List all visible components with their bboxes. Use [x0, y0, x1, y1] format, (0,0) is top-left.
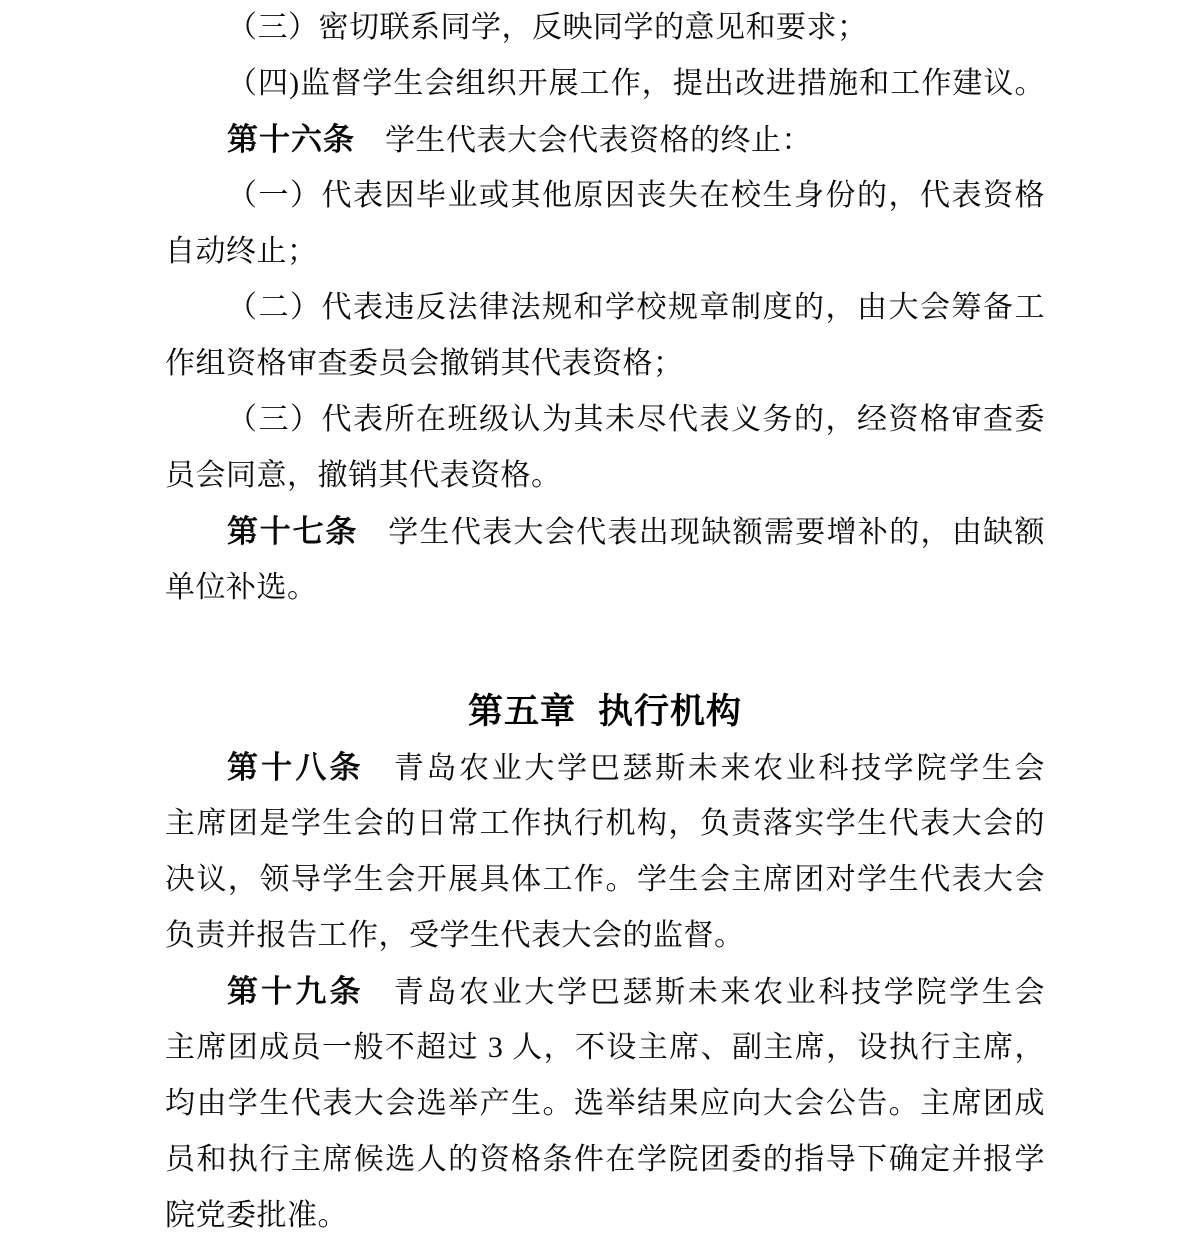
- line-text: 学生代表大会代表资格的终止：: [385, 124, 812, 157]
- line-text: 作组资格审查委员会撤销其代表资格；: [165, 347, 684, 380]
- line-text: 主席团成员一般不超过 3 人，不设主席、副主席，设执行主席，: [165, 1031, 1045, 1064]
- line-text: 均由学生代表大会选举产生。选举结果应向大会公告。主席团成: [165, 1087, 1045, 1120]
- text-line: 院党委批准。: [165, 1188, 1045, 1244]
- line-text: 负责并报告工作，受学生代表大会的监督。: [165, 919, 745, 952]
- document-page: （三）密切联系同学，反映同学的意见和要求；（四)监督学生会组织开展工作，提出改进…: [0, 0, 1190, 1246]
- text-line: （三）代表所在班级认为其未尽代表义务的，经资格审查委: [165, 392, 1045, 448]
- text-line: 决议，领导学生会开展具体工作。学生会主席团对学生代表大会: [165, 852, 1045, 908]
- text-line: 员会同意，撤销其代表资格。: [165, 448, 1045, 504]
- text-line: 负责并报告工作，受学生代表大会的监督。: [165, 908, 1045, 964]
- article-number: 第十九条: [227, 974, 364, 1009]
- line-text: 学生代表大会代表出现缺额需要增补的，由缺额: [388, 516, 1045, 549]
- text-line: 均由学生代表大会选举产生。选举结果应向大会公告。主席团成: [165, 1076, 1045, 1132]
- line-text: 自动终止；: [165, 235, 318, 268]
- line-text: 决议，领导学生会开展具体工作。学生会主席团对学生代表大会: [165, 863, 1045, 896]
- text-line: 员和执行主席候选人的资格条件在学院团委的指导下确定并报学: [165, 1132, 1045, 1188]
- line-text: 青岛农业大学巴瑟斯未来农业科技学院学生会: [394, 976, 1045, 1009]
- line-text: 员会同意，撤销其代表资格。: [165, 459, 562, 492]
- line-text: （二）代表违反法律法规和学校规章制度的，由大会筹备工: [227, 291, 1045, 324]
- text-line: 第十六条学生代表大会代表资格的终止：: [165, 112, 1045, 168]
- line-text: 员和执行主席候选人的资格条件在学院团委的指导下确定并报学: [165, 1143, 1045, 1176]
- chapter-number: 第五章: [468, 692, 576, 731]
- line-text: 单位补选。: [165, 571, 318, 604]
- line-text: （四)监督学生会组织开展工作，提出改进措施和工作建议。: [227, 67, 1045, 100]
- text-line: 单位补选。: [165, 560, 1045, 616]
- text-line: （二）代表违反法律法规和学校规章制度的，由大会筹备工: [165, 280, 1045, 336]
- text-line: 作组资格审查委员会撤销其代表资格；: [165, 336, 1045, 392]
- text-line: （四)监督学生会组织开展工作，提出改进措施和工作建议。: [165, 56, 1045, 112]
- line-text: 主席团是学生会的日常工作执行机构，负责落实学生代表大会的: [165, 807, 1045, 840]
- text-line: （三）密切联系同学，反映同学的意见和要求；: [165, 0, 1045, 56]
- line-text: （三）密切联系同学，反映同学的意见和要求；: [227, 11, 868, 44]
- text-line: 第十七条学生代表大会代表出现缺额需要增补的，由缺额: [165, 504, 1045, 560]
- text-line: 主席团成员一般不超过 3 人，不设主席、副主席，设执行主席，: [165, 1020, 1045, 1076]
- text-line: 自动终止；: [165, 224, 1045, 280]
- text-line: 第十九条青岛农业大学巴瑟斯未来农业科技学院学生会: [165, 964, 1045, 1020]
- line-text: （三）代表所在班级认为其未尽代表义务的，经资格审查委: [227, 403, 1045, 436]
- document-body: （三）密切联系同学，反映同学的意见和要求；（四)监督学生会组织开展工作，提出改进…: [165, 0, 1045, 1244]
- article-number: 第十八条: [227, 750, 364, 785]
- chapter-title: 执行机构: [598, 692, 742, 731]
- text-line: 第十八条青岛农业大学巴瑟斯未来农业科技学院学生会: [165, 740, 1045, 796]
- line-text: 院党委批准。: [165, 1199, 348, 1232]
- chapter-heading: 第五章执行机构: [165, 684, 1045, 740]
- line-text: 青岛农业大学巴瑟斯未来农业科技学院学生会: [394, 752, 1045, 785]
- article-number: 第十七条: [227, 514, 358, 549]
- text-line: （一）代表因毕业或其他原因丧失在校生身份的，代表资格: [165, 168, 1045, 224]
- text-line: 主席团是学生会的日常工作执行机构，负责落实学生代表大会的: [165, 796, 1045, 852]
- line-text: （一）代表因毕业或其他原因丧失在校生身份的，代表资格: [227, 179, 1045, 212]
- article-number: 第十六条: [227, 122, 355, 157]
